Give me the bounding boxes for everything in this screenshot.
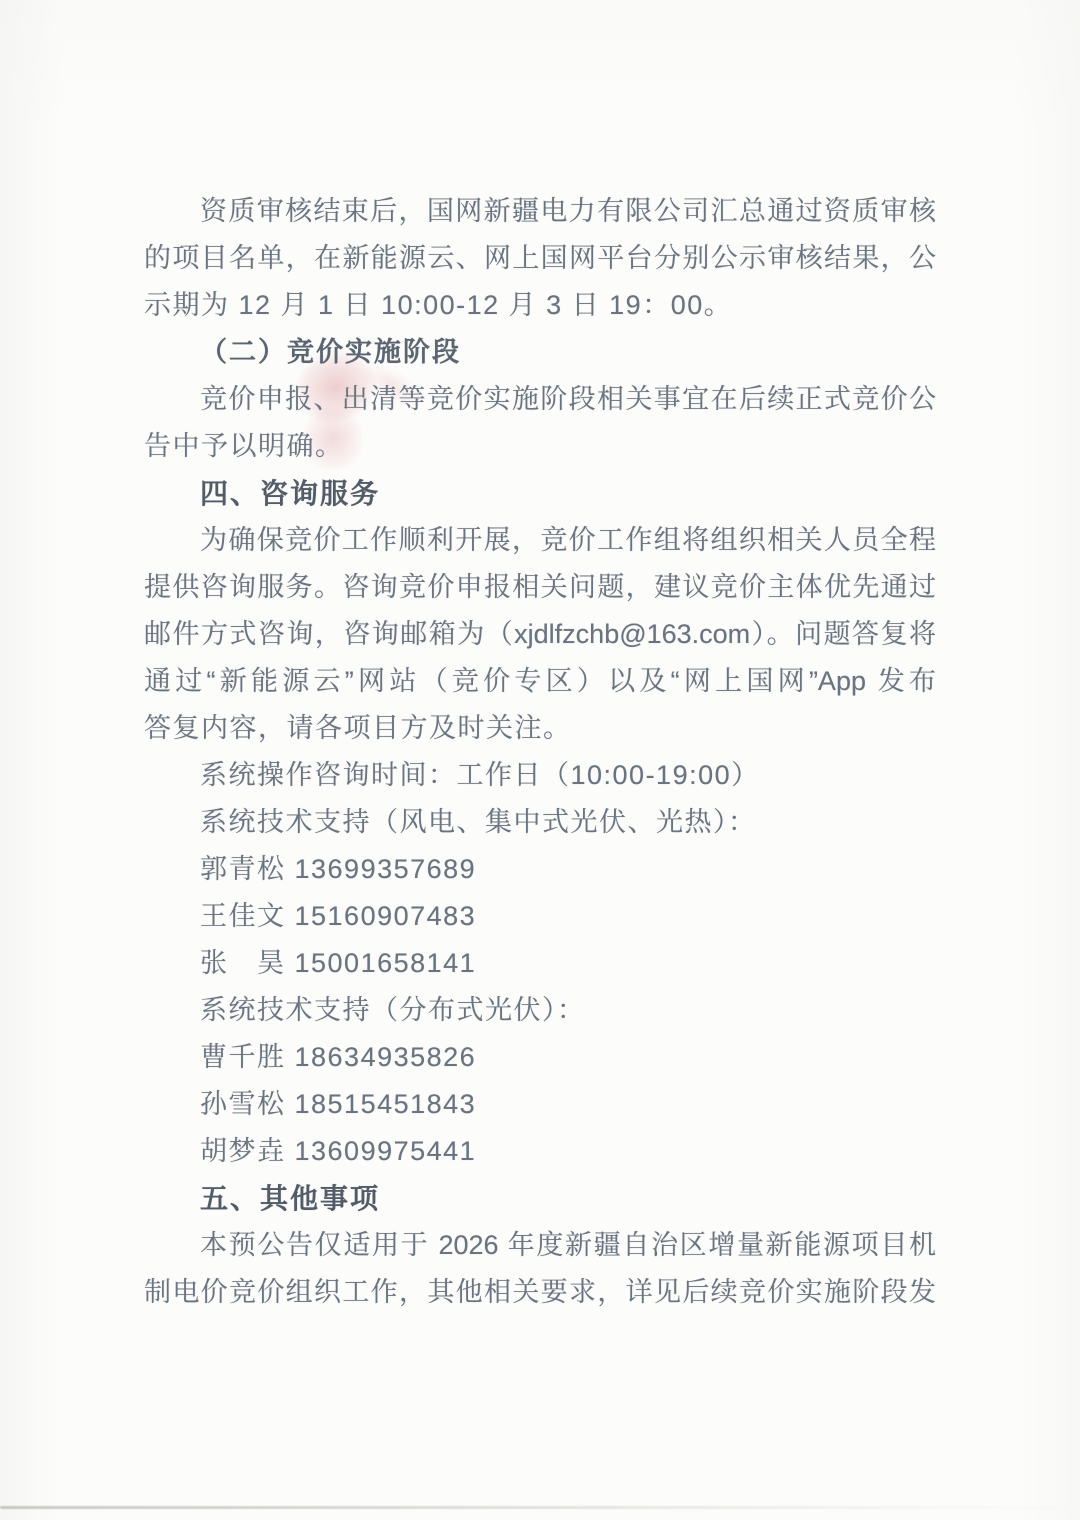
document-line: 竞价申报、出清等竞价实施阶段相关事宜在后续正式竞价公 (144, 376, 936, 423)
document-line: 的项目名单，在新能源云、网上国网平台分别公示审核结果，公 (144, 235, 936, 282)
document-heading-line: 五、其他事项 (144, 1175, 936, 1222)
document-line: 提供咨询服务。咨询竞价申报相关问题，建议竞价主体优先通过 (144, 564, 936, 611)
document-line: 本预公告仅适用于 2026 年度新疆自治区增量新能源项目机 (144, 1222, 936, 1269)
document-line: 胡梦垚 13609975441 (144, 1128, 936, 1175)
scan-edge-shadow (0, 1506, 1080, 1509)
document-line: 郭青松 13699357689 (144, 846, 936, 893)
document-line: 邮件方式咨询，咨询邮箱为（xjdlfzchb@163.com）。问题答复将 (144, 611, 936, 658)
document-line: 制电价竞价组织工作，其他相关要求，详见后续竞价实施阶段发 (144, 1269, 936, 1316)
document-line: 系统技术支持（风电、集中式光伏、光热）： (144, 799, 936, 846)
document-line: 张 昊 15001658141 (144, 940, 936, 987)
document-line: 系统操作咨询时间：工作日（10:00-19:00） (144, 752, 936, 799)
document-line: 为确保竞价工作顺利开展，竞价工作组将组织相关人员全程 (144, 517, 936, 564)
document-line: 王佳文 15160907483 (144, 893, 936, 940)
document-line: 答复内容，请各项目方及时关注。 (144, 705, 936, 752)
document-line: 通过“新能源云”网站（竞价专区）以及“网上国网”App 发布 (144, 658, 936, 705)
document-line: 示期为 12 月 1 日 10:00-12 月 3 日 19：00。 (144, 282, 936, 329)
document-line: 资质审核结束后，国网新疆电力有限公司汇总通过资质审核 (144, 188, 936, 235)
document-page: { "page": { "background_color": "#fcfcfa… (0, 0, 1080, 1520)
document-heading-line: （二）竞价实施阶段 (144, 329, 936, 376)
document-line: 系统技术支持（分布式光伏）： (144, 987, 936, 1034)
document-body: 资质审核结束后，国网新疆电力有限公司汇总通过资质审核的项目名单，在新能源云、网上… (144, 188, 936, 1316)
document-line: 孙雪松 18515451843 (144, 1081, 936, 1128)
document-line: 曹千胜 18634935826 (144, 1034, 936, 1081)
document-line: 告中予以明确。 (144, 423, 936, 470)
document-heading-line: 四、咨询服务 (144, 470, 936, 517)
